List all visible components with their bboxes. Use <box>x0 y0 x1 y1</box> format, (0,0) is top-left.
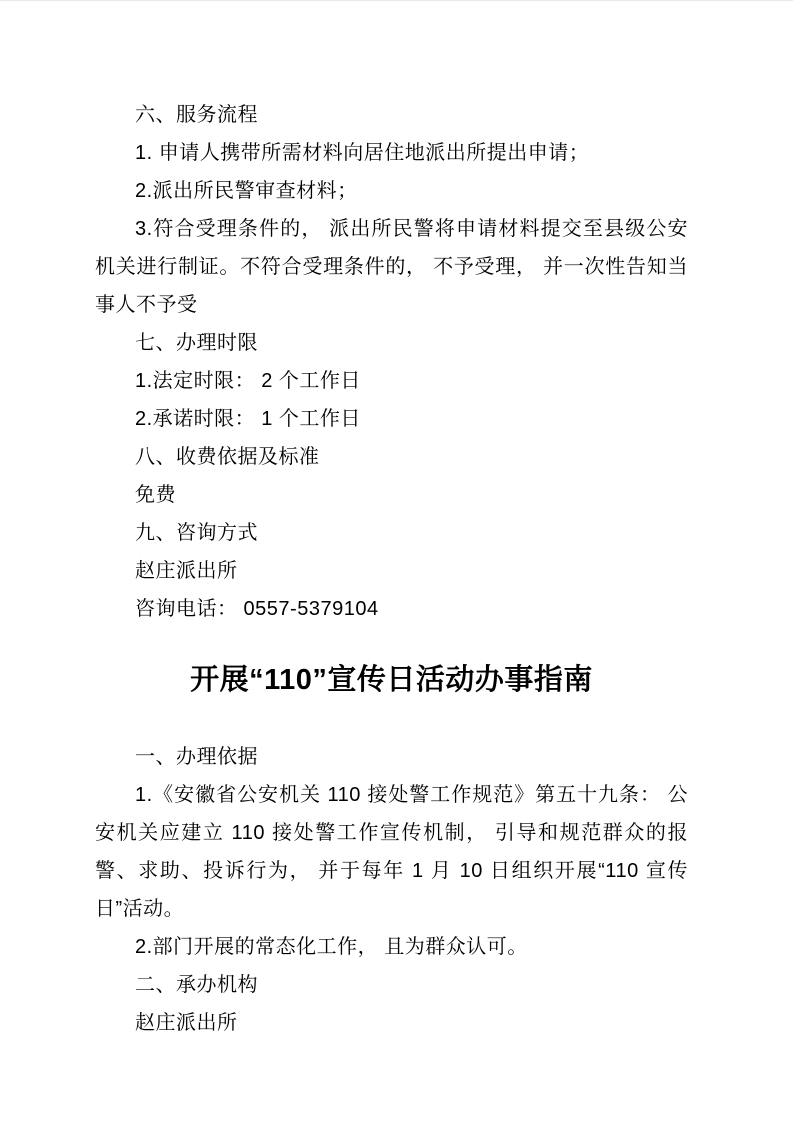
service-step-3: 3.符合受理条件的， 派出所民警将申请材料提交至县级公安机关进行制证。不符合受理… <box>95 210 688 324</box>
basis-item-2: 2.部门开展的常态化工作， 且为群众认可。 <box>95 928 688 966</box>
consultation-phone: 咨询电话： 0557-5379104 <box>95 590 688 628</box>
basis-item-1: 1.《安徽省公安机关 110 接处警工作规范》第五十九条： 公安机关应建立 11… <box>95 776 688 928</box>
fee-free-value: 免费 <box>95 476 688 514</box>
undertaking-agency-name: 赵庄派出所 <box>95 1004 688 1042</box>
service-step-1: 1. 申请人携带所需材料向居住地派出所提出申请； <box>95 134 688 172</box>
heading-undertaking-agency: 二、承办机构 <box>95 966 688 1004</box>
promised-time-limit: 2.承诺时限： 1 个工作日 <box>95 400 688 438</box>
heading-fee-basis: 八、收费依据及标准 <box>95 438 688 476</box>
statutory-time-limit: 1.法定时限： 2 个工作日 <box>95 362 688 400</box>
heading-basis: 一、办理依据 <box>95 738 688 776</box>
document-content: 六、服务流程 1. 申请人携带所需材料向居住地派出所提出申请； 2.派出所民警审… <box>0 1 793 1042</box>
heading-service-process: 六、服务流程 <box>95 96 688 134</box>
document-title: 开展“110”宣传日活动办事指南 <box>95 650 688 710</box>
service-step-2: 2.派出所民警审查材料； <box>95 172 688 210</box>
consultation-agency-name: 赵庄派出所 <box>95 552 688 590</box>
heading-consultation: 九、咨询方式 <box>95 514 688 552</box>
heading-time-limit: 七、办理时限 <box>95 324 688 362</box>
document-page: 六、服务流程 1. 申请人携带所需材料向居住地派出所提出申请； 2.派出所民警审… <box>0 0 793 1122</box>
